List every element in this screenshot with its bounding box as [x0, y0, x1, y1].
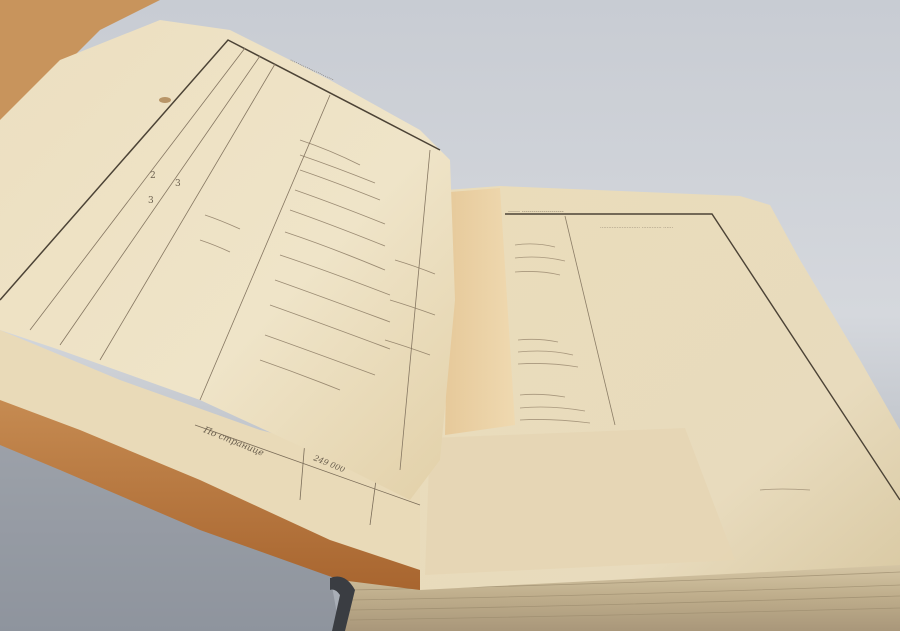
ink-stain: [159, 97, 171, 103]
row-mark: 3: [175, 179, 181, 189]
pasted-slip: [425, 428, 735, 575]
ledger-photo: …… ………………… …………………… ………… …… По странице …: [0, 0, 900, 631]
ledger-illustration: …… ………………… …………………… ………… …… По странице …: [0, 0, 900, 631]
right-page-header: …… …………………: [508, 207, 564, 214]
row-mark: 3: [148, 196, 154, 206]
row-mark: 2: [150, 171, 156, 181]
right-page-subheader: …………………… ………… ……: [600, 224, 673, 230]
